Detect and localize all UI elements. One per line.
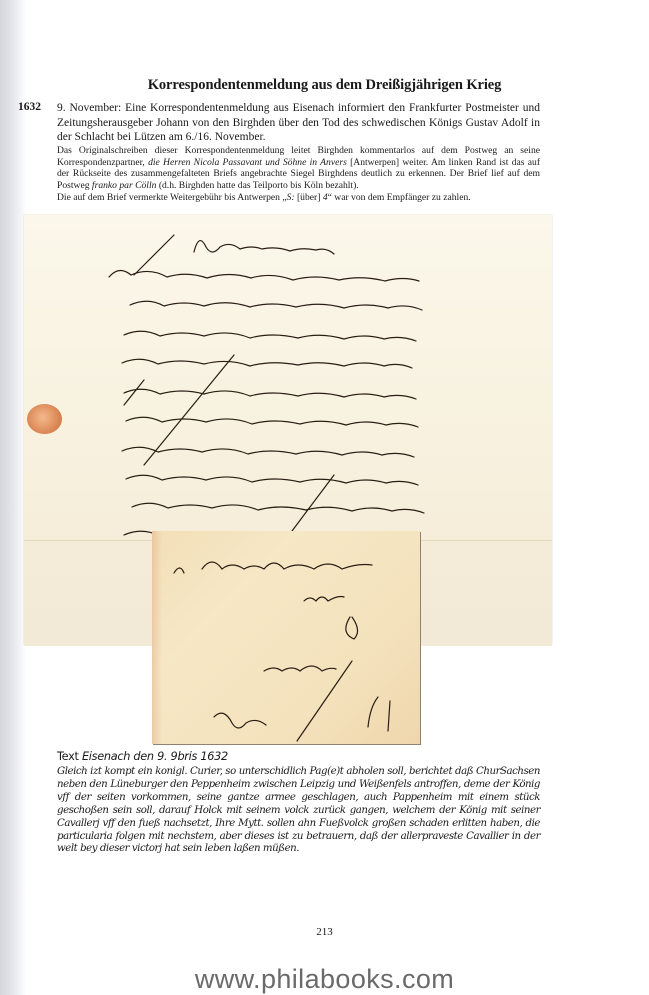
caption-heading: Text Eisenach den 9. 9bris 1632 [57, 750, 228, 763]
address-panel-photo [152, 531, 420, 744]
page-number: 213 [0, 926, 649, 938]
page-heading: Korrespondentenmeldung aus dem Dreißigjä… [0, 77, 649, 94]
fee-note-paragraph: Die auf dem Brief vermerkte Weitergebühr… [57, 192, 540, 204]
watermark-url: www.philabooks.com [0, 964, 649, 995]
description-paragraph: Das Originalschreiben dieser Korresponde… [57, 145, 540, 192]
book-gutter-shadow [0, 0, 26, 995]
transcription-text: Gleich izt kompt ein konigl. Curier, so … [57, 766, 540, 856]
address-handwriting [152, 531, 420, 744]
year-marker: 1632 [18, 101, 41, 113]
lead-paragraph: 9. November: Eine Korrespondentenmeldung… [57, 101, 540, 145]
description-block: Das Originalschreiben dieser Korresponde… [57, 145, 540, 204]
